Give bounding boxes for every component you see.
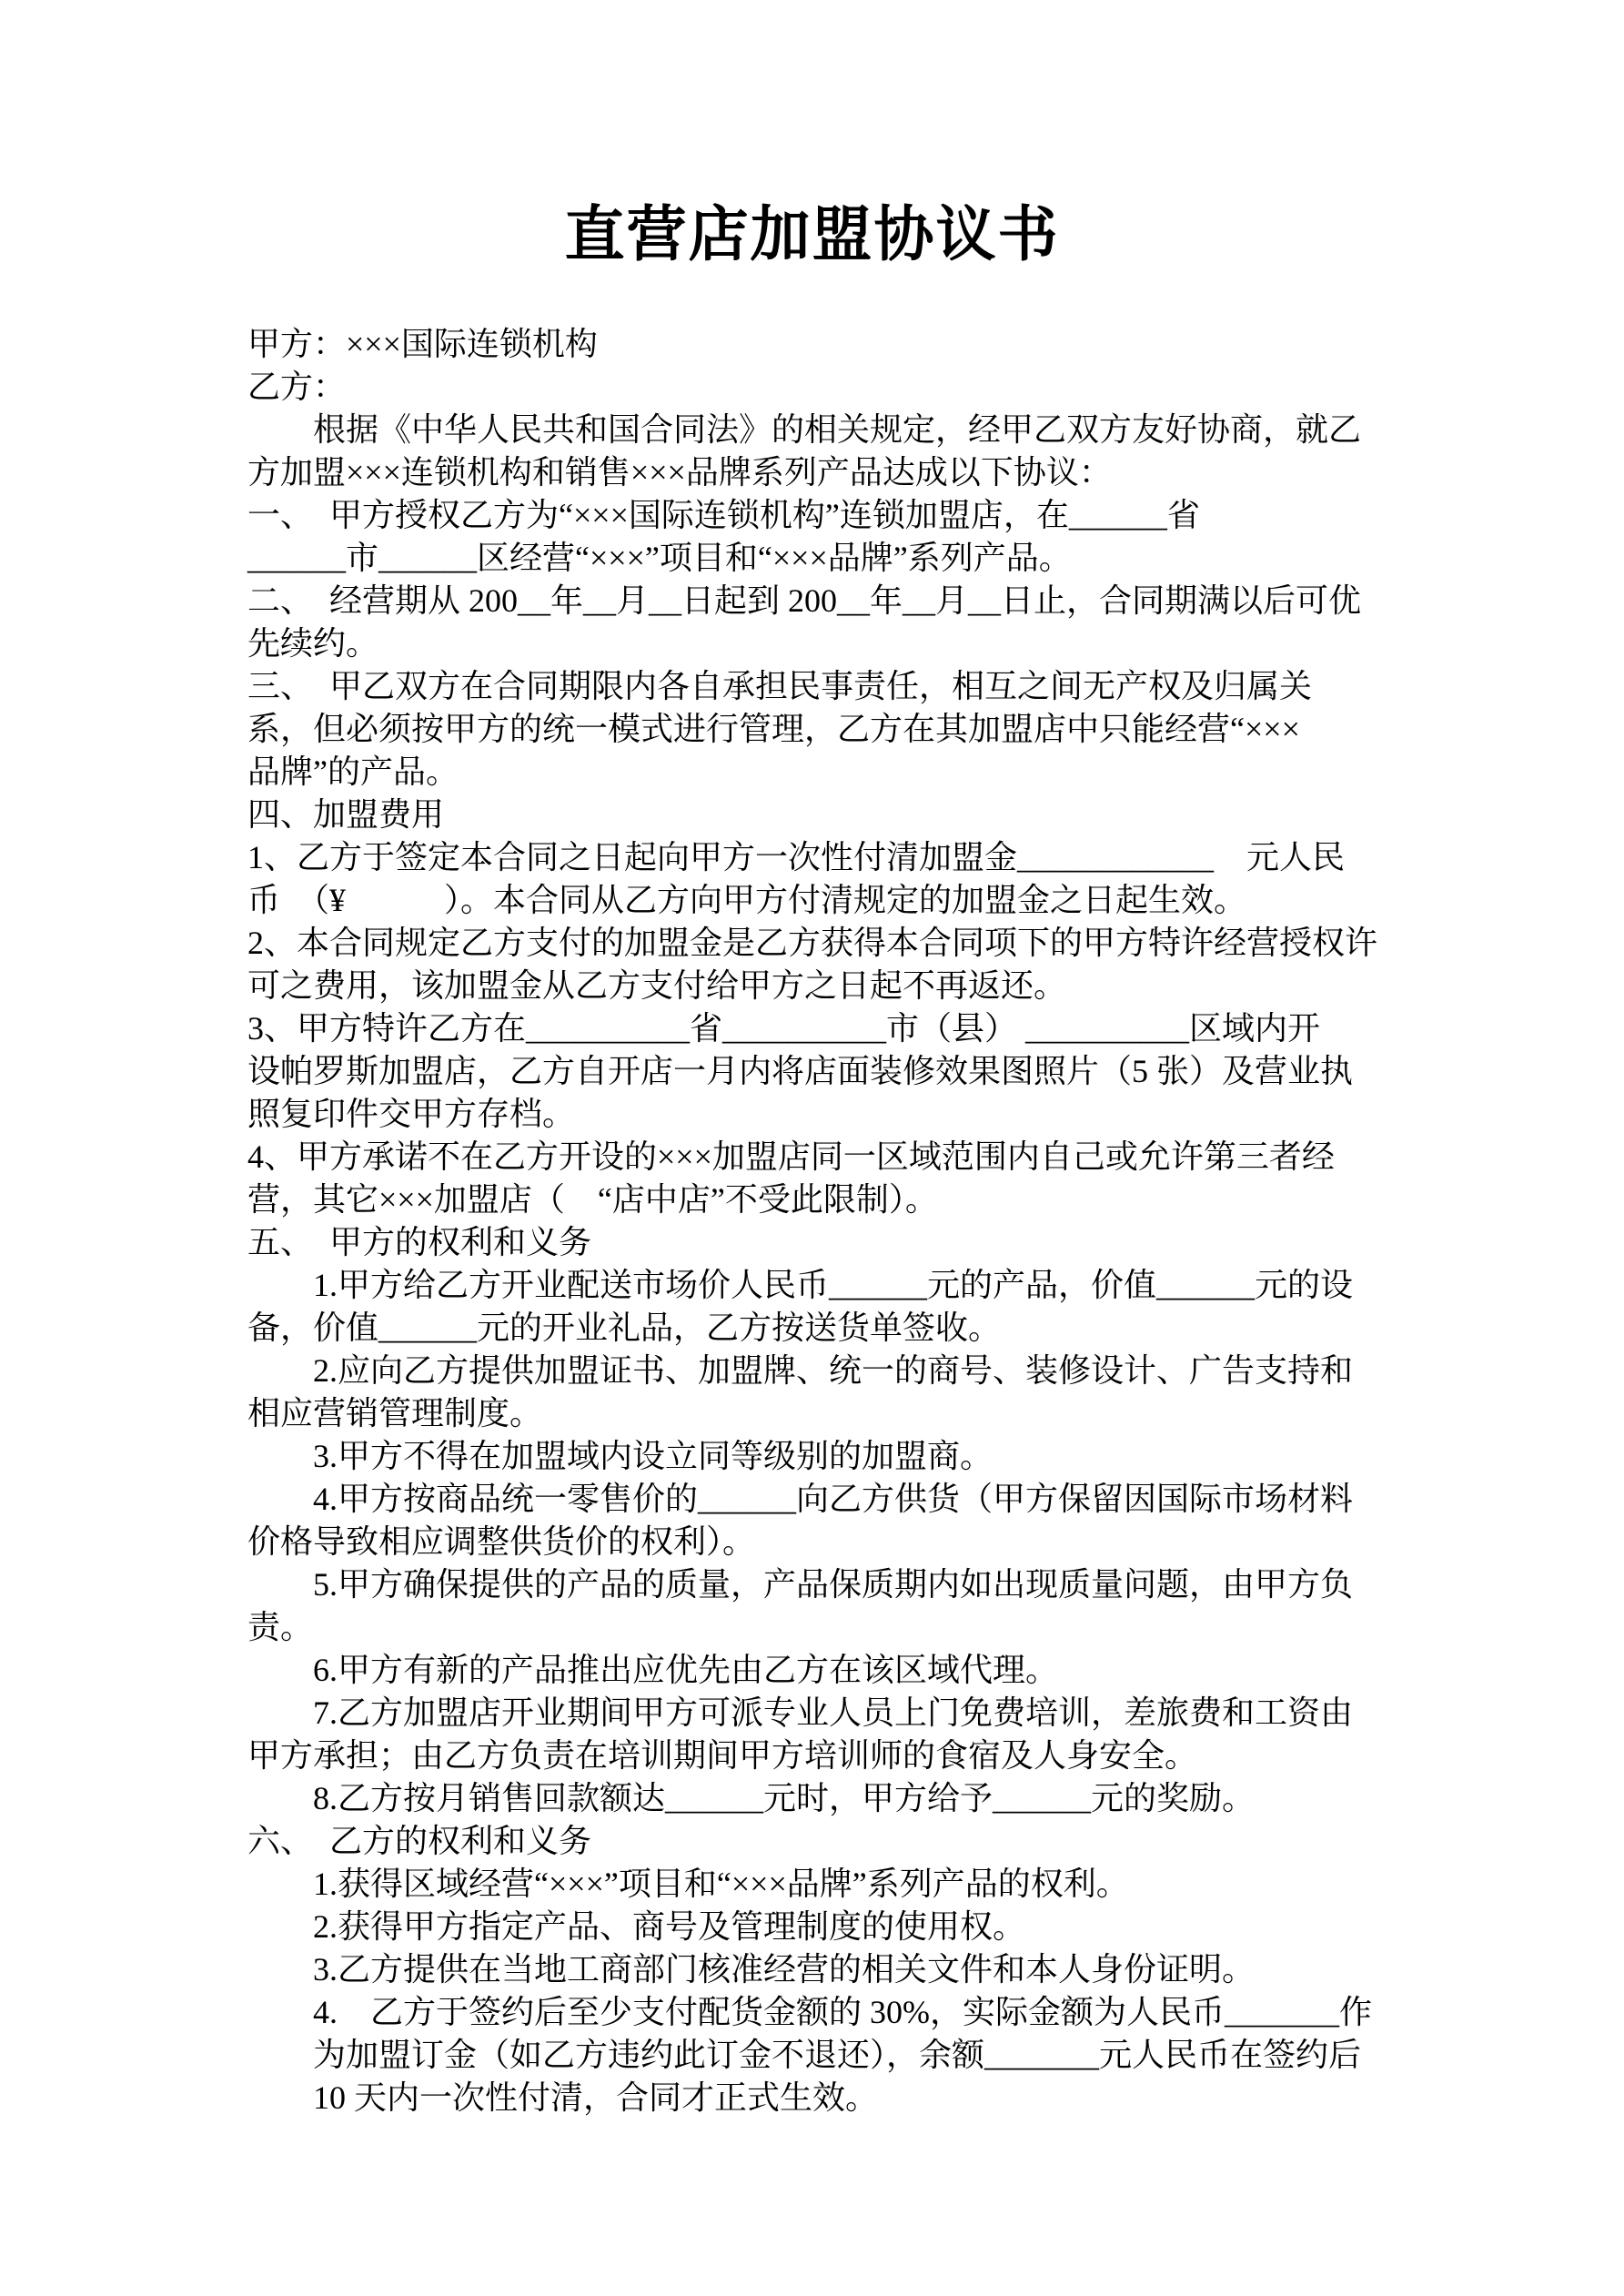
document-line: 二、 经营期从 200__年__月__日起到 200__年__月__日止，合同期… [247,580,1569,622]
document-line: 8.乙方按月销售回款额达______元时，甲方给予______元的奖励。 [247,1777,1569,1820]
document-line: 4.甲方按商品统一零售价的______向乙方供货（甲方保留因国际市场材料 [247,1478,1569,1521]
document-title: 直营店加盟协议书 [0,0,1624,269]
document-line: 品牌”的产品。 [247,751,1569,794]
document-line: 为加盟订金（如乙方违约此订金不退还），余额_______元人民币在签约后 [247,2034,1569,2077]
document-line: 价格导致相应调整供货价的权利）。 [247,1521,1569,1563]
document-line: 甲方承担；由乙方负责在培训期间甲方培训师的食宿及人身安全。 [247,1735,1569,1777]
document-line: 10 天内一次性付清，合同才正式生效。 [247,2077,1569,2119]
document-body: 甲方：×××国际连锁机构乙方：根据《中华人民共和国合同法》的相关规定，经甲乙双方… [0,323,1624,2119]
document-line: 乙方： [247,366,1569,409]
document-line: 设帕罗斯加盟店，乙方自开店一月内将店面装修效果图照片（5 张）及营业执 [247,1050,1569,1093]
document-line: 四、加盟费用 [247,794,1569,836]
document-line: 3.甲方不得在加盟域内设立同等级别的加盟商。 [247,1435,1569,1478]
document-line: 3、甲方特许乙方在__________省__________市（县） _____… [247,1007,1569,1050]
document-line: 照复印件交甲方存档。 [247,1093,1569,1136]
document-line: 备，价值______元的开业礼品，乙方按送货单签收。 [247,1307,1569,1350]
document-line: 7.乙方加盟店开业期间甲方可派专业人员上门免费培训，差旅费和工资由 [247,1692,1569,1735]
document-line: 三、 甲乙双方在合同期限内各自承担民事责任，相互之间无产权及归属关 [247,665,1569,708]
document-line: 1、乙方于签定本合同之日起向甲方一次性付清加盟金____________ 元人民 [247,836,1569,879]
document-line: 2.应向乙方提供加盟证书、加盟牌、统一的商号、装修设计、广告支持和 [247,1350,1569,1392]
document-line: 先续约。 [247,622,1569,665]
document-line: 营，其它×××加盟店（ “店中店”不受此限制）。 [247,1178,1569,1221]
document-line: 五、 甲方的权利和义务 [247,1221,1569,1264]
document-line: ______市______区经营“×××”项目和“×××品牌”系列产品。 [247,537,1569,580]
document-line: 系，但必须按甲方的统一模式进行管理，乙方在其加盟店中只能经营“××× [247,708,1569,751]
document-line: 4、甲方承诺不在乙方开设的×××加盟店同一区域范围内自己或允许第三者经 [247,1136,1569,1178]
document-line: 4. 乙方于签约后至少支付配货金额的 30%，实际金额为人民币_______作 [247,1991,1569,2034]
document-line: 根据《中华人民共和国合同法》的相关规定，经甲乙双方友好协商，就乙 [247,409,1569,451]
document-line: 1.获得区域经营“×××”项目和“×××品牌”系列产品的权利。 [247,1863,1569,1906]
document-line: 6.甲方有新的产品推出应优先由乙方在该区域代理。 [247,1649,1569,1692]
document-line: 责。 [247,1606,1569,1649]
document-line: 2.获得甲方指定产品、商号及管理制度的使用权。 [247,1906,1569,1948]
document-line: 5.甲方确保提供的产品的质量，产品保质期内如出现质量问题，由甲方负 [247,1563,1569,1606]
document-line: 甲方：×××国际连锁机构 [247,323,1569,366]
document-line: 2、本合同规定乙方支付的加盟金是乙方获得本合同项下的甲方特许经营授权许 [247,922,1569,965]
document-line: 1.甲方给乙方开业配送市场价人民币______元的产品，价值______元的设 [247,1264,1569,1307]
document-line: 币 （¥ ）。本合同从乙方向甲方付清规定的加盟金之日起生效。 [247,879,1569,922]
document-line: 六、 乙方的权利和义务 [247,1820,1569,1863]
document-line: 3.乙方提供在当地工商部门核准经营的相关文件和本人身份证明。 [247,1948,1569,1991]
document-line: 可之费用，该加盟金从乙方支付给甲方之日起不再返还。 [247,965,1569,1007]
document-page: 直营店加盟协议书 甲方：×××国际连锁机构乙方：根据《中华人民共和国合同法》的相… [0,0,1624,2296]
document-line: 相应营销管理制度。 [247,1392,1569,1435]
document-line: 方加盟×××连锁机构和销售×××品牌系列产品达成以下协议： [247,451,1569,494]
document-line: 一、 甲方授权乙方为“×××国际连锁机构”连锁加盟店，在______省 [247,494,1569,537]
